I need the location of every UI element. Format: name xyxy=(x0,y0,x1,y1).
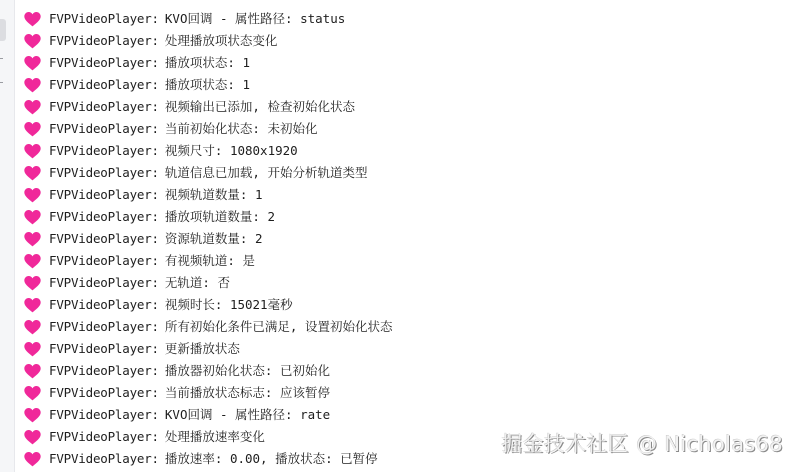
log-prefix: FVPVideoPlayer: xyxy=(49,228,159,250)
log-line: FVPVideoPlayer:轨道信息已加载, 开始分析轨道类型 xyxy=(24,162,799,184)
log-line: FVPVideoPlayer:无轨道: 否 xyxy=(24,272,799,294)
log-line: FVPVideoPlayer:当前初始化状态: 未初始化 xyxy=(24,118,799,140)
log-prefix: FVPVideoPlayer: xyxy=(49,250,159,272)
log-message: 处理播放项状态变化 xyxy=(165,30,278,52)
log-message: 视频输出已添加, 检查初始化状态 xyxy=(165,96,355,118)
log-message: 播放项状态: 1 xyxy=(165,74,250,96)
log-line: FVPVideoPlayer:更新播放状态 xyxy=(24,338,799,360)
gutter-mark xyxy=(0,58,3,59)
log-prefix: FVPVideoPlayer: xyxy=(49,162,159,184)
gutter-tab[interactable] xyxy=(0,19,6,41)
log-prefix: FVPVideoPlayer: xyxy=(49,360,159,382)
log-line: FVPVideoPlayer:播放项状态: 1 xyxy=(24,52,799,74)
log-line: FVPVideoPlayer:有视频轨道: 是 xyxy=(24,250,799,272)
console-log: FVPVideoPlayer:KVO回调 - 属性路径: status FVPV… xyxy=(24,8,799,470)
log-message: 资源轨道数量: 2 xyxy=(165,228,263,250)
log-message: 处理播放速率变化 xyxy=(165,426,265,448)
pink-heart-icon xyxy=(24,100,41,115)
pink-heart-icon xyxy=(24,78,41,93)
log-message: 更新播放状态 xyxy=(165,338,240,360)
log-message: 当前播放状态标志: 应该暂停 xyxy=(165,382,330,404)
pink-heart-icon xyxy=(24,166,41,181)
log-line: FVPVideoPlayer:KVO回调 - 属性路径: rate xyxy=(24,404,799,426)
log-prefix: FVPVideoPlayer: xyxy=(49,382,159,404)
log-message: 播放速率: 0.00, 播放状态: 已暂停 xyxy=(165,448,378,470)
log-message: 所有初始化条件已满足, 设置初始化状态 xyxy=(165,316,393,338)
log-prefix: FVPVideoPlayer: xyxy=(49,74,159,96)
log-message: 视频时长: 15021毫秒 xyxy=(165,294,293,316)
log-prefix: FVPVideoPlayer: xyxy=(49,426,159,448)
pink-heart-icon xyxy=(24,122,41,137)
pink-heart-icon xyxy=(24,298,41,313)
log-line: FVPVideoPlayer:KVO回调 - 属性路径: status xyxy=(24,8,799,30)
log-prefix: FVPVideoPlayer: xyxy=(49,96,159,118)
pink-heart-icon xyxy=(24,210,41,225)
pink-heart-icon xyxy=(24,56,41,71)
log-message: 当前初始化状态: 未初始化 xyxy=(165,118,318,140)
log-prefix: FVPVideoPlayer: xyxy=(49,184,159,206)
log-line: FVPVideoPlayer:视频输出已添加, 检查初始化状态 xyxy=(24,96,799,118)
log-line: FVPVideoPlayer:视频时长: 15021毫秒 xyxy=(24,294,799,316)
log-line: FVPVideoPlayer:所有初始化条件已满足, 设置初始化状态 xyxy=(24,316,799,338)
log-message: 视频尺寸: 1080x1920 xyxy=(165,140,298,162)
log-line: FVPVideoPlayer:播放项轨道数量: 2 xyxy=(24,206,799,228)
pink-heart-icon xyxy=(24,188,41,203)
log-message: 轨道信息已加载, 开始分析轨道类型 xyxy=(165,162,368,184)
log-prefix: FVPVideoPlayer: xyxy=(49,8,159,30)
pink-heart-icon xyxy=(24,254,41,269)
console-gutter xyxy=(0,0,15,472)
log-prefix: FVPVideoPlayer: xyxy=(49,52,159,74)
log-prefix: FVPVideoPlayer: xyxy=(49,294,159,316)
log-prefix: FVPVideoPlayer: xyxy=(49,448,159,470)
log-prefix: FVPVideoPlayer: xyxy=(49,118,159,140)
pink-heart-icon xyxy=(24,232,41,247)
log-message: KVO回调 - 属性路径: rate xyxy=(165,404,330,426)
log-line: FVPVideoPlayer:播放项状态: 1 xyxy=(24,74,799,96)
log-prefix: FVPVideoPlayer: xyxy=(49,30,159,52)
pink-heart-icon xyxy=(24,12,41,27)
log-line: FVPVideoPlayer:播放器初始化状态: 已初始化 xyxy=(24,360,799,382)
pink-heart-icon xyxy=(24,408,41,423)
log-prefix: FVPVideoPlayer: xyxy=(49,338,159,360)
log-message: 视频轨道数量: 1 xyxy=(165,184,263,206)
pink-heart-icon xyxy=(24,364,41,379)
log-line: FVPVideoPlayer:处理播放项状态变化 xyxy=(24,30,799,52)
log-message: 播放项状态: 1 xyxy=(165,52,250,74)
log-prefix: FVPVideoPlayer: xyxy=(49,272,159,294)
log-message: 无轨道: 否 xyxy=(165,272,230,294)
pink-heart-icon xyxy=(24,320,41,335)
log-line: FVPVideoPlayer:资源轨道数量: 2 xyxy=(24,228,799,250)
log-line: FVPVideoPlayer:视频轨道数量: 1 xyxy=(24,184,799,206)
log-message: 播放项轨道数量: 2 xyxy=(165,206,275,228)
pink-heart-icon xyxy=(24,386,41,401)
log-message: 有视频轨道: 是 xyxy=(165,250,255,272)
log-prefix: FVPVideoPlayer: xyxy=(49,140,159,162)
log-message: KVO回调 - 属性路径: status xyxy=(165,8,345,30)
pink-heart-icon xyxy=(24,342,41,357)
pink-heart-icon xyxy=(24,452,41,467)
log-prefix: FVPVideoPlayer: xyxy=(49,404,159,426)
pink-heart-icon xyxy=(24,430,41,445)
log-prefix: FVPVideoPlayer: xyxy=(49,316,159,338)
log-line: FVPVideoPlayer:视频尺寸: 1080x1920 xyxy=(24,140,799,162)
log-prefix: FVPVideoPlayer: xyxy=(49,206,159,228)
log-message: 播放器初始化状态: 已初始化 xyxy=(165,360,330,382)
pink-heart-icon xyxy=(24,276,41,291)
gutter-mark xyxy=(0,82,3,83)
log-line: FVPVideoPlayer:当前播放状态标志: 应该暂停 xyxy=(24,382,799,404)
watermark: 掘金技术社区 @ Nicholas68 xyxy=(501,428,783,458)
pink-heart-icon xyxy=(24,34,41,49)
pink-heart-icon xyxy=(24,144,41,159)
